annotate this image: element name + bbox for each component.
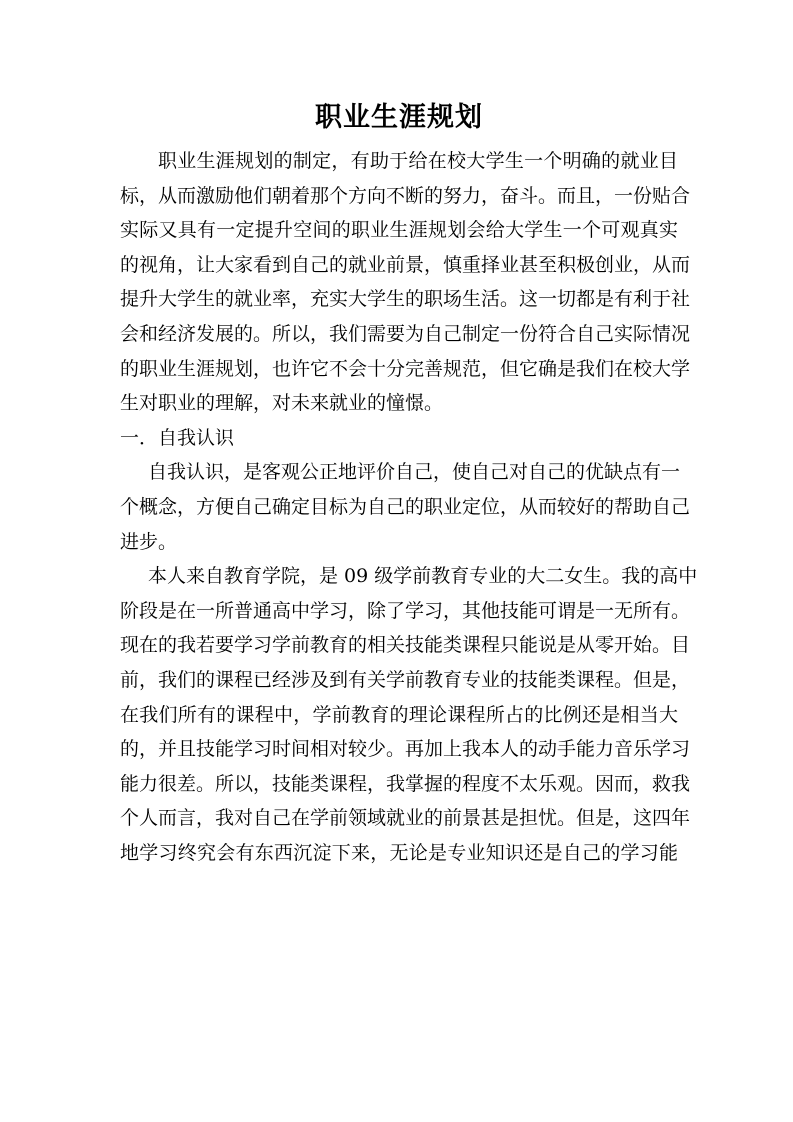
section-heading-self-knowledge: 一．自我认识 [120, 421, 678, 456]
intro-paragraph: 职业生涯规划的制定，有助于给在校大学生一个明确的就业目 标，从而激励他们朝着那个… [120, 144, 678, 421]
self-knowledge-paragraph-1: 自我认识，是客观公正地评价自己，使自己对自己的优缺点有一 个概念，方便自己确定目… [120, 455, 678, 559]
text-line: 本人来自教育学院，是 09 级学前教育专业的大二女生。我的高中 [120, 559, 678, 594]
document-title: 职业生涯规划 [120, 96, 678, 140]
text-line: 的视角，让大家看到自己的就业前景，慎重择业甚至积极创业，从而 [120, 248, 678, 283]
text-line: 在我们所有的课程中，学前教育的理论课程所占的比例还是相当大 [120, 698, 678, 733]
self-knowledge-paragraph-2: 本人来自教育学院，是 09 级学前教育专业的大二女生。我的高中 阶段是在一所普通… [120, 559, 678, 870]
text-line: 个概念，方便自己确定目标为自己的职业定位，从而较好的帮助自己 [120, 490, 678, 525]
text-line: 前，我们的课程已经涉及到有关学前教育专业的技能类课程。但是， [120, 663, 678, 698]
text-line: 个人而言，我对自己在学前领域就业的前景甚是担忧。但是，这四年 [120, 801, 678, 836]
text-line: 提升大学生的就业率，充实大学生的职场生活。这一切都是有利于社 [120, 282, 678, 317]
text-line: 实际又具有一定提升空间的职业生涯规划会给大学生一个可观真实 [120, 213, 678, 248]
text-line: 自我认识，是客观公正地评价自己，使自己对自己的优缺点有一 [120, 455, 678, 490]
text-line: 进步。 [120, 525, 678, 560]
text-line: 地学习终究会有东西沉淀下来，无论是专业知识还是自己的学习能 [120, 836, 678, 871]
text-line: 的职业生涯规划，也许它不会十分完善规范，但它确是我们在校大学 [120, 352, 678, 387]
document-page: 职业生涯规划 职业生涯规划的制定，有助于给在校大学生一个明确的就业目 标，从而激… [120, 96, 678, 870]
text-line: 的，并且技能学习时间相对较少。再加上我本人的动手能力音乐学习 [120, 732, 678, 767]
text-line: 职业生涯规划的制定，有助于给在校大学生一个明确的就业目 [120, 144, 678, 179]
text-line: 现在的我若要学习学前教育的相关技能类课程只能说是从零开始。目 [120, 628, 678, 663]
text-line: 会和经济发展的。所以，我们需要为自己制定一份符合自己实际情况 [120, 317, 678, 352]
text-line: 能力很差。所以，技能类课程，我掌握的程度不太乐观。因而，救我 [120, 767, 678, 802]
text-line: 标，从而激励他们朝着那个方向不断的努力，奋斗。而且，一份贴合 [120, 179, 678, 214]
text-line: 生对职业的理解，对未来就业的憧憬。 [120, 386, 678, 421]
text-line: 阶段是在一所普通高中学习，除了学习，其他技能可谓是一无所有。 [120, 594, 678, 629]
